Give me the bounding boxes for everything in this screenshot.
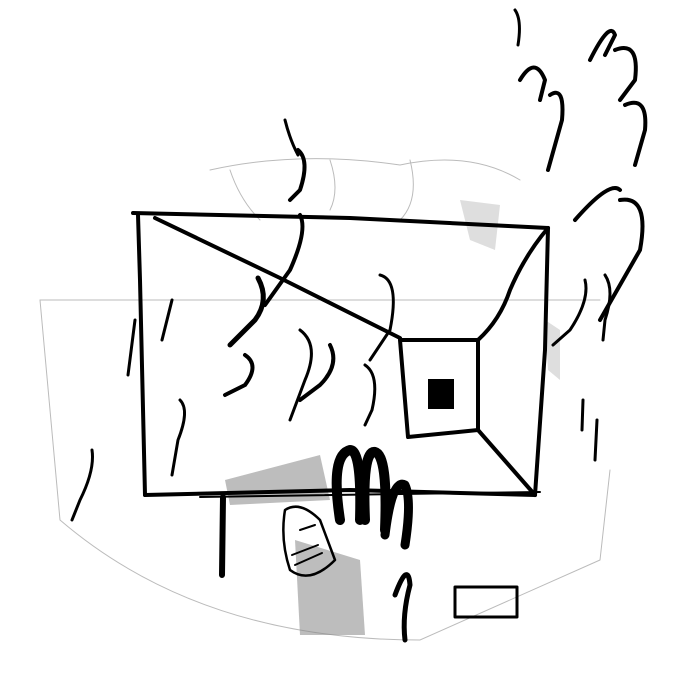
small-rectangle bbox=[455, 587, 517, 617]
drip-strokes bbox=[72, 10, 645, 520]
smudges bbox=[225, 200, 560, 635]
inner-window-square bbox=[400, 228, 548, 495]
diagonal-line bbox=[155, 218, 400, 338]
ink-drawing bbox=[0, 0, 700, 700]
left-post bbox=[222, 497, 223, 575]
black-square bbox=[428, 379, 454, 409]
